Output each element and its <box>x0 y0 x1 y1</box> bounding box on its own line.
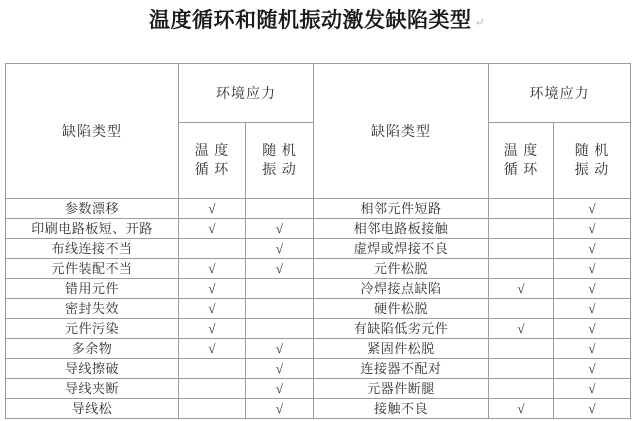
temp-cycle-check-cell <box>489 359 554 379</box>
table-row: 导线松√ <box>6 399 314 419</box>
table-row: 相邻元件短路√ <box>314 199 631 219</box>
table-row: 接触不良√√ <box>314 399 631 419</box>
table-row: 有缺陷低劣元件√√ <box>314 319 631 339</box>
temp-cycle-check-cell: √ <box>179 199 246 219</box>
table-row: 元件污染√ <box>6 319 314 339</box>
defect-name-cell: 连接器不配对 <box>314 359 489 379</box>
temp-cycle-check-cell: √ <box>179 219 246 239</box>
random-vibration-check-cell: √ <box>554 259 631 279</box>
random-vibration-header-line2: 振 动 <box>554 161 630 180</box>
defect-table-right-body: 相邻元件短路√相邻电路板接触√虚焊或焊接不良√元件松脱√冷焊接点缺陷√√硬件松脱… <box>314 199 631 419</box>
table-row: 导线擦破√ <box>6 359 314 379</box>
table-row: 导线夹断√ <box>6 379 314 399</box>
temp-cycle-check-cell: √ <box>179 339 246 359</box>
temp-cycle-check-cell <box>179 399 246 419</box>
random-vibration-check-cell: √ <box>246 219 314 239</box>
temp-cycle-check-cell <box>489 259 554 279</box>
defect-type-header: 缺陷类型 <box>6 64 179 199</box>
temp-cycle-check-cell <box>489 379 554 399</box>
defect-name-cell: 错用元件 <box>6 279 179 299</box>
defect-name-cell: 密封失效 <box>6 299 179 319</box>
temp-cycle-header: 温 度 循 环 <box>179 123 246 199</box>
table-row: 参数漂移√ <box>6 199 314 219</box>
defect-name-cell: 元件污染 <box>6 319 179 339</box>
random-vibration-header-line1: 随 机 <box>246 142 313 161</box>
temp-cycle-header-line2: 循 环 <box>489 161 553 180</box>
defect-name-cell: 接触不良 <box>314 399 489 419</box>
defect-name-cell: 紧固件松脱 <box>314 339 489 359</box>
temp-cycle-header-line1: 温 度 <box>179 142 245 161</box>
defect-name-cell: 硬件松脱 <box>314 299 489 319</box>
temp-cycle-check-cell <box>179 379 246 399</box>
table-row: 多余物√√ <box>6 339 314 359</box>
table-row: 硬件松脱√ <box>314 299 631 319</box>
temp-cycle-check-cell <box>179 359 246 379</box>
table-row: 虚焊或焊接不良√ <box>314 239 631 259</box>
temp-cycle-check-cell: √ <box>179 279 246 299</box>
random-vibration-check-cell: √ <box>246 239 314 259</box>
random-vibration-check-cell: √ <box>246 379 314 399</box>
table-row: 连接器不配对√ <box>314 359 631 379</box>
temp-cycle-check-cell: √ <box>489 399 554 419</box>
random-vibration-check-cell: √ <box>554 239 631 259</box>
temp-cycle-check-cell: √ <box>179 299 246 319</box>
defect-name-cell: 布线连接不当 <box>6 239 179 259</box>
defect-name-cell: 相邻元件短路 <box>314 199 489 219</box>
defect-name-cell: 有缺陷低劣元件 <box>314 319 489 339</box>
env-stress-header: 环境应力 <box>489 64 631 123</box>
document-page: { "page": { "title": "温度循环和随机振动激发缺陷类型", … <box>0 0 634 421</box>
defect-name-cell: 元件松脱 <box>314 259 489 279</box>
table-row: 紧固件松脱√ <box>314 339 631 359</box>
random-vibration-check-cell: √ <box>246 339 314 359</box>
temp-cycle-check-cell <box>489 299 554 319</box>
random-vibration-check-cell <box>246 199 314 219</box>
table-row: 错用元件√ <box>6 279 314 299</box>
random-vibration-check-cell: √ <box>246 359 314 379</box>
random-vibration-check-cell: √ <box>554 219 631 239</box>
table-row: 布线连接不当√ <box>6 239 314 259</box>
temp-cycle-header-line2: 循 环 <box>179 161 245 180</box>
defect-name-cell: 导线松 <box>6 399 179 419</box>
temp-cycle-check-cell <box>179 239 246 259</box>
random-vibration-check-cell: √ <box>554 339 631 359</box>
header-row-env: 缺陷类型 环境应力 <box>6 64 314 123</box>
defect-tables-container: 缺陷类型 环境应力 温 度 循 环 随 机 振 动 参数漂移√印刷电路板短、开路… <box>5 63 631 419</box>
header-row-env: 缺陷类型 环境应力 <box>314 64 631 123</box>
random-vibration-check-cell <box>246 319 314 339</box>
defect-name-cell: 印刷电路板短、开路 <box>6 219 179 239</box>
temp-cycle-check-cell <box>489 239 554 259</box>
temp-cycle-check-cell: √ <box>179 259 246 279</box>
defect-table-left-body: 参数漂移√印刷电路板短、开路√√布线连接不当√元件装配不当√√错用元件√密封失效… <box>6 199 314 419</box>
temp-cycle-header-line1: 温 度 <box>489 142 553 161</box>
defect-name-cell: 多余物 <box>6 339 179 359</box>
random-vibration-check-cell: √ <box>554 379 631 399</box>
defect-table-right: 缺陷类型 环境应力 温 度 循 环 随 机 振 动 相邻元件短路√相邻电路板接触… <box>313 63 631 419</box>
temp-cycle-check-cell: √ <box>179 319 246 339</box>
page-title-text: 温度循环和随机振动激发缺陷类型 <box>149 8 472 32</box>
table-row: 密封失效√ <box>6 299 314 319</box>
random-vibration-header: 随 机 振 动 <box>554 123 631 199</box>
table-row: 冷焊接点缺陷√√ <box>314 279 631 299</box>
defect-name-cell: 导线擦破 <box>6 359 179 379</box>
random-vibration-check-cell <box>246 299 314 319</box>
defect-name-cell: 导线夹断 <box>6 379 179 399</box>
random-vibration-check-cell: √ <box>554 299 631 319</box>
table-row: 元器件断腿√ <box>314 379 631 399</box>
random-vibration-check-cell: √ <box>246 259 314 279</box>
table-row: 元件松脱√ <box>314 259 631 279</box>
env-stress-header: 环境应力 <box>179 64 314 123</box>
temp-cycle-check-cell <box>489 339 554 359</box>
paragraph-mark-icon: ↵ <box>474 15 485 29</box>
table-row: 相邻电路板接触√ <box>314 219 631 239</box>
random-vibration-check-cell <box>246 279 314 299</box>
defect-type-header: 缺陷类型 <box>314 64 489 199</box>
defect-name-cell: 参数漂移 <box>6 199 179 219</box>
defect-name-cell: 元件装配不当 <box>6 259 179 279</box>
random-vibration-header: 随 机 振 动 <box>246 123 314 199</box>
random-vibration-header-line2: 振 动 <box>246 161 313 180</box>
defect-name-cell: 冷焊接点缺陷 <box>314 279 489 299</box>
page-title: 温度循环和随机振动激发缺陷类型↵ <box>0 4 634 34</box>
random-vibration-check-cell: √ <box>554 359 631 379</box>
defect-table-left: 缺陷类型 环境应力 温 度 循 环 随 机 振 动 参数漂移√印刷电路板短、开路… <box>5 63 314 419</box>
random-vibration-check-cell: √ <box>554 319 631 339</box>
temp-cycle-check-cell: √ <box>489 319 554 339</box>
table-row: 印刷电路板短、开路√√ <box>6 219 314 239</box>
temp-cycle-check-cell <box>489 219 554 239</box>
random-vibration-check-cell: √ <box>246 399 314 419</box>
table-row: 元件装配不当√√ <box>6 259 314 279</box>
random-vibration-check-cell: √ <box>554 279 631 299</box>
defect-name-cell: 虚焊或焊接不良 <box>314 239 489 259</box>
temp-cycle-check-cell: √ <box>489 279 554 299</box>
random-vibration-check-cell: √ <box>554 399 631 419</box>
defect-name-cell: 元器件断腿 <box>314 379 489 399</box>
temp-cycle-header: 温 度 循 环 <box>489 123 554 199</box>
random-vibration-header-line1: 随 机 <box>554 142 630 161</box>
defect-name-cell: 相邻电路板接触 <box>314 219 489 239</box>
temp-cycle-check-cell <box>489 199 554 219</box>
random-vibration-check-cell: √ <box>554 199 631 219</box>
